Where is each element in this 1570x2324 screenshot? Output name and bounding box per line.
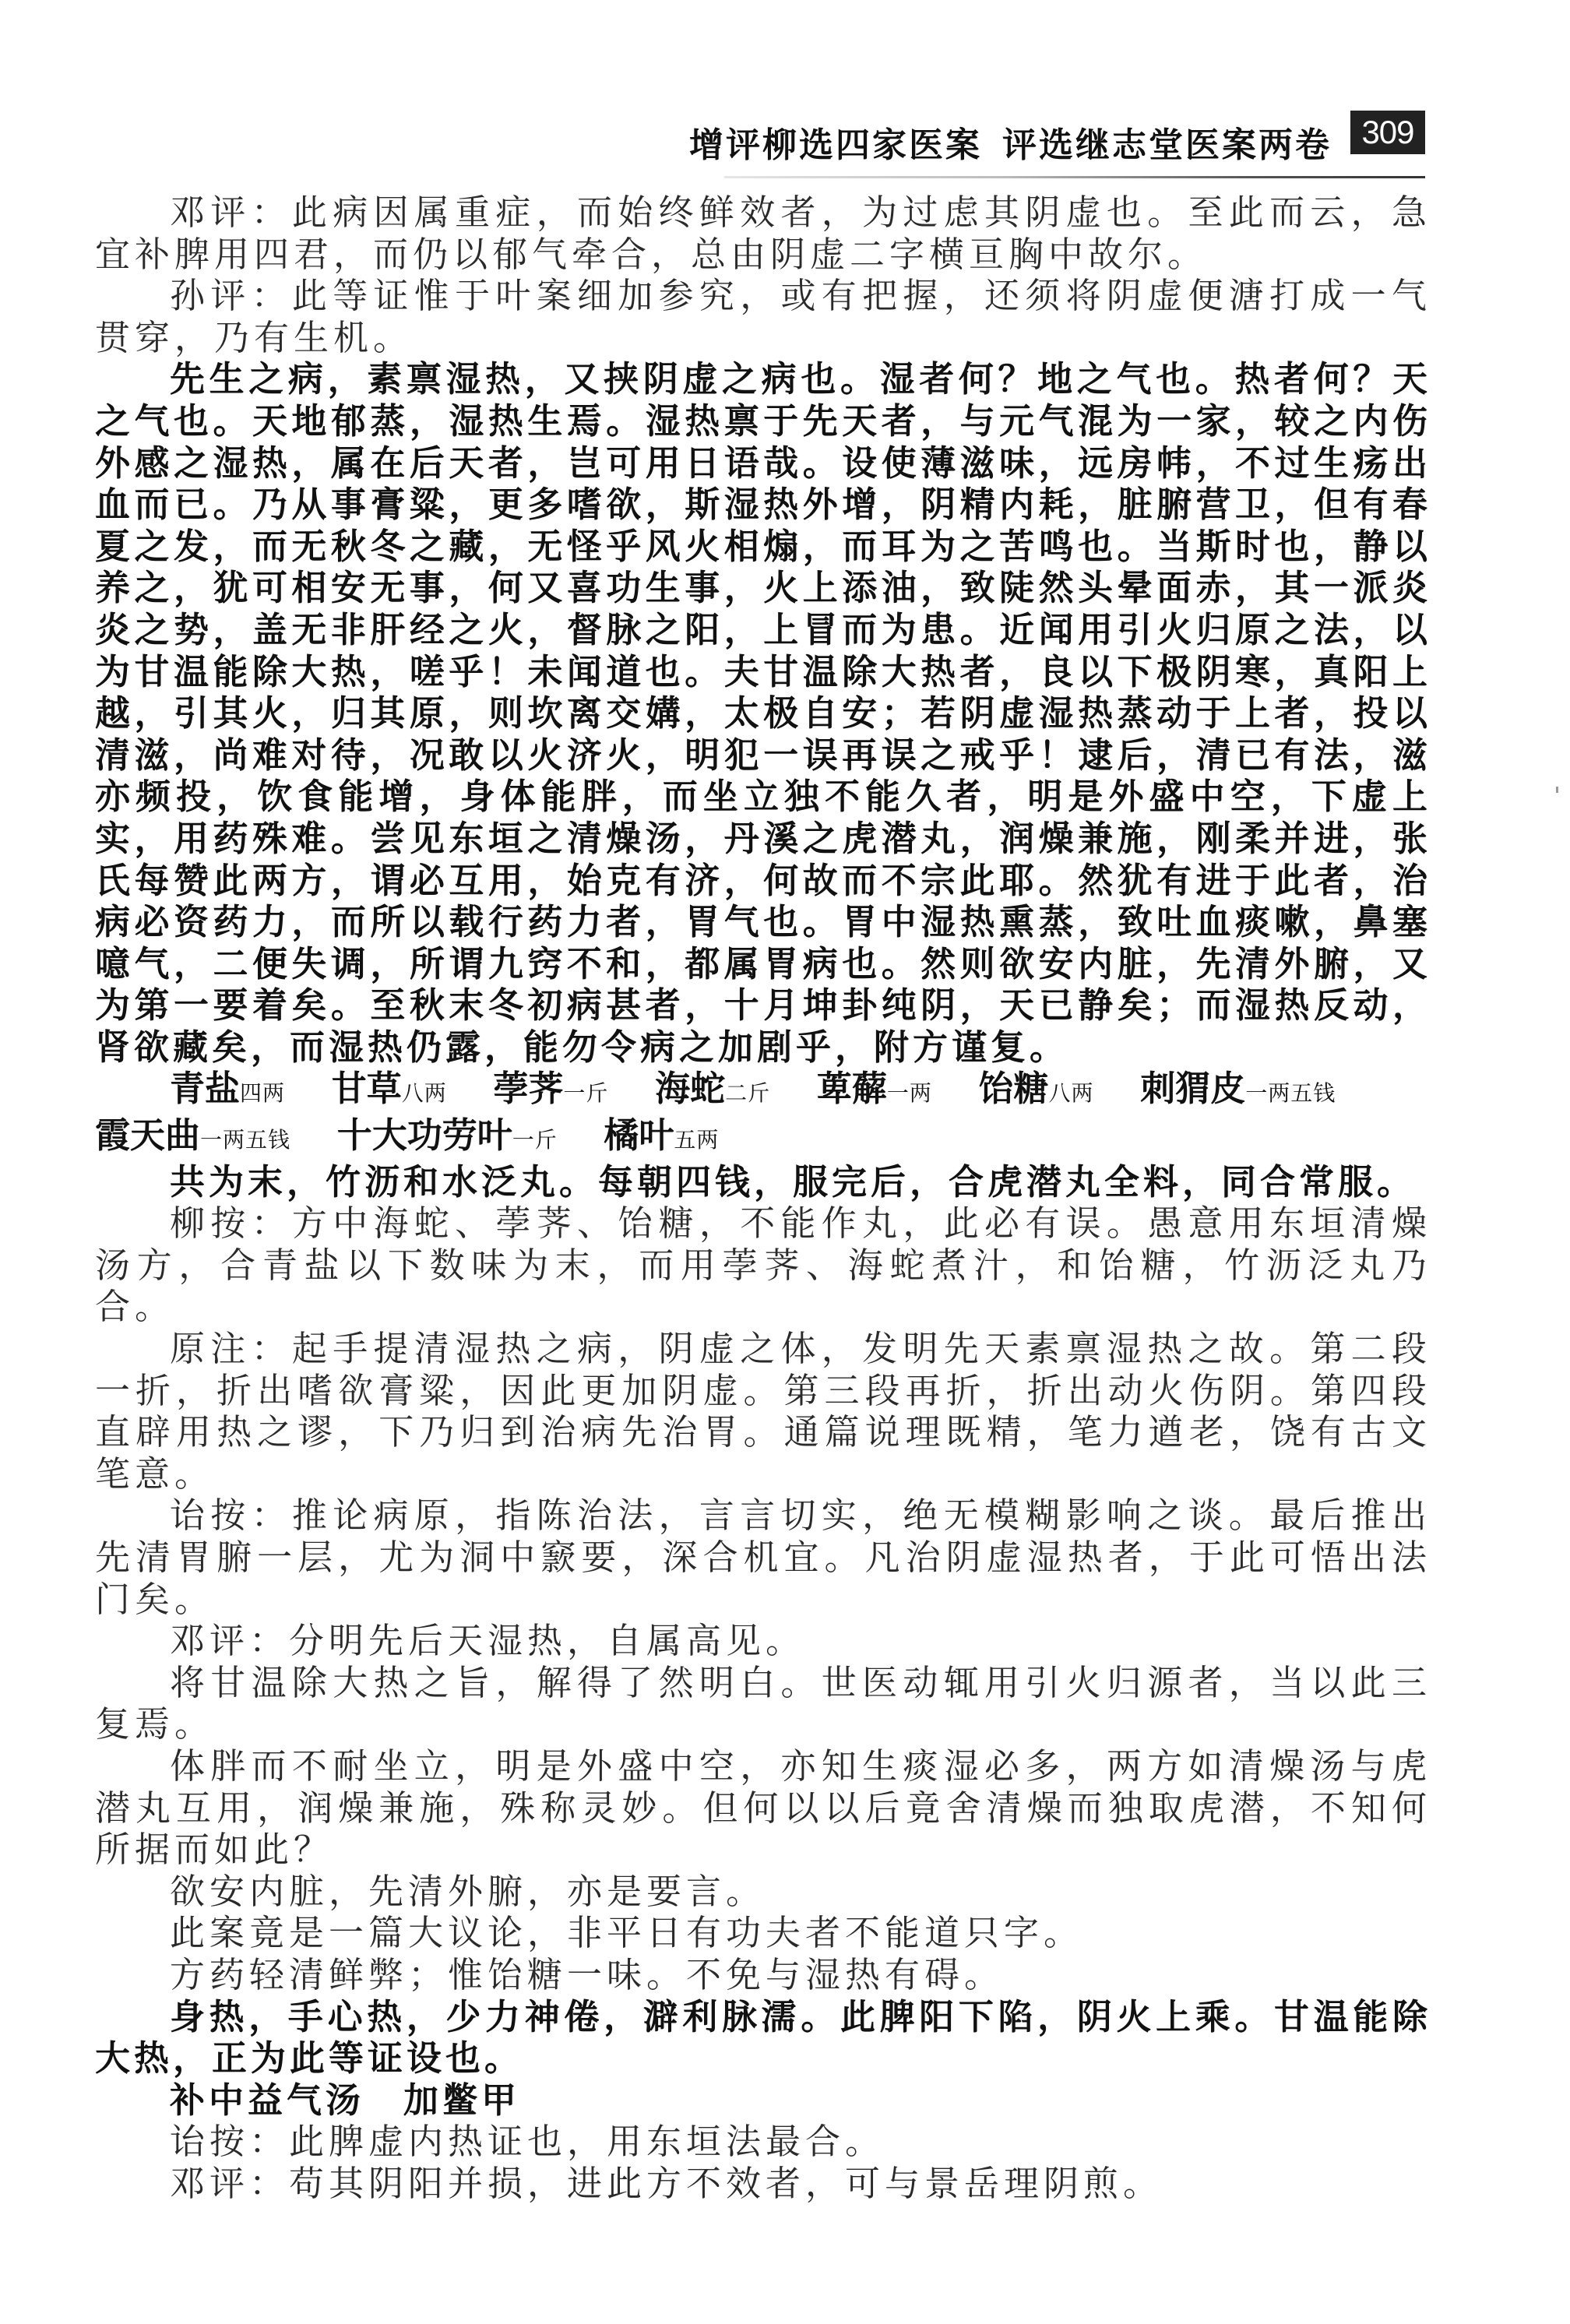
commentary-liu: 柳按：方中海蛇、荸荠、饴糖，不能作丸，此必有误。愚意用东垣清燥汤方，合青盐以下数… [95,1202,1431,1328]
book-title: 增评柳选四家医案 [689,125,982,165]
commentary-deng-2: 邓评：分明先后天湿热，自属高见。 [95,1620,1431,1662]
case-2-commentary-deng: 邓评：苟其阴阳并损，进此方不效者，可与景岳理阴煎。 [95,2163,1431,2205]
commentary-deng-7: 方药轻清鲜弊；惟饴糖一味。不免与湿热有碍。 [95,1954,1431,1996]
section-title: 评选继志堂医案两卷 [1002,125,1332,165]
commentary-deng-5: 欲安内脏，先清外腑，亦是要言。 [95,1871,1431,1913]
commentary-sun: 孙评：此等证惟于叶案细加参究，或有把握，还须将阴虚便溏打成一气贯穿，乃有生机。 [95,275,1431,358]
page-number: 309 [1350,111,1425,154]
case-2-body: 身热，手心热，少力神倦，澼利脉濡。此脾阳下陷，阴火上乘。甘温能除大热，正为此等证… [95,1996,1431,2079]
herb-item: 荸荠一斤 [493,1068,608,1109]
commentary-deng-4: 体胖而不耐坐立，明是外盛中空，亦知生痰湿必多，两方如清燥汤与虎潜丸互用，润燥兼施… [95,1745,1431,1871]
commentary-deng: 邓评：此病因属重症，而始终鲜效者，为过虑其阴虚也。至此而云，急宜补脾用四君，而仍… [95,192,1431,275]
herb-item: 霞天曲一两五钱 [95,1114,290,1156]
running-header: 增评柳选四家医案评选继志堂医案两卷 309 [724,109,1425,181]
commentary-original-note: 原注：起手提清湿热之病，阴虚之体，发明先天素禀湿热之故。第二段一折，折出嗜欲膏粱… [95,1328,1431,1495]
header-title: 增评柳选四家医案评选继志堂医案两卷 [689,117,1332,167]
commentary-deng-3: 将甘温除大热之旨，解得了然明白。世医动辄用引火归源者，当以此三复焉。 [95,1662,1431,1745]
page-body: 邓评：此病因属重症，而始终鲜效者，为过虑其阴虚也。至此而云，急宜补脾用四君，而仍… [95,192,1431,2205]
herb-item: 刺猬皮一两五钱 [1140,1068,1336,1109]
herb-item: 青盐四两 [170,1068,285,1109]
commentary-deng-6: 此案竟是一篇大议论，非平日有功夫者不能道只字。 [95,1912,1431,1954]
case-body: 先生之病，素禀湿热，又挟阴虚之病也。湿者何？地之气也。热者何？天之气也。天地郁蒸… [95,358,1431,1068]
herb-item: 萆薢一两 [817,1068,932,1109]
scan-artifact [1556,787,1558,793]
header-rule [724,176,1425,178]
commentary-yi: 诒按：推论病原，指陈治法，言言切实，绝无模糊影响之谈。最后推出先清胃腑一层，尤为… [95,1495,1431,1620]
prescription-instructions: 共为末，竹沥和水泛丸。每朝四钱，服完后，合虎潜丸全料，同合常服。 [95,1161,1431,1203]
case-2-commentary-yi: 诒按：此脾虚内热证也，用东垣法最合。 [95,2121,1431,2163]
herb-item: 甘草八两 [332,1068,447,1109]
case-2-prescription: 补中益气汤 加鳖甲 [95,2079,1431,2122]
herb-item: 海蛇二斤 [655,1068,770,1109]
herb-item: 饴糖八两 [979,1068,1094,1109]
herb-item: 十大功劳叶一斤 [337,1114,558,1156]
herb-item: 橘叶五两 [604,1114,719,1156]
prescription-herb-list: 青盐四两 甘草八两 荸荠一斤 海蛇二斤 萆薢一两 饴糖八两 刺猬皮一两五钱 霞天… [95,1068,1431,1160]
